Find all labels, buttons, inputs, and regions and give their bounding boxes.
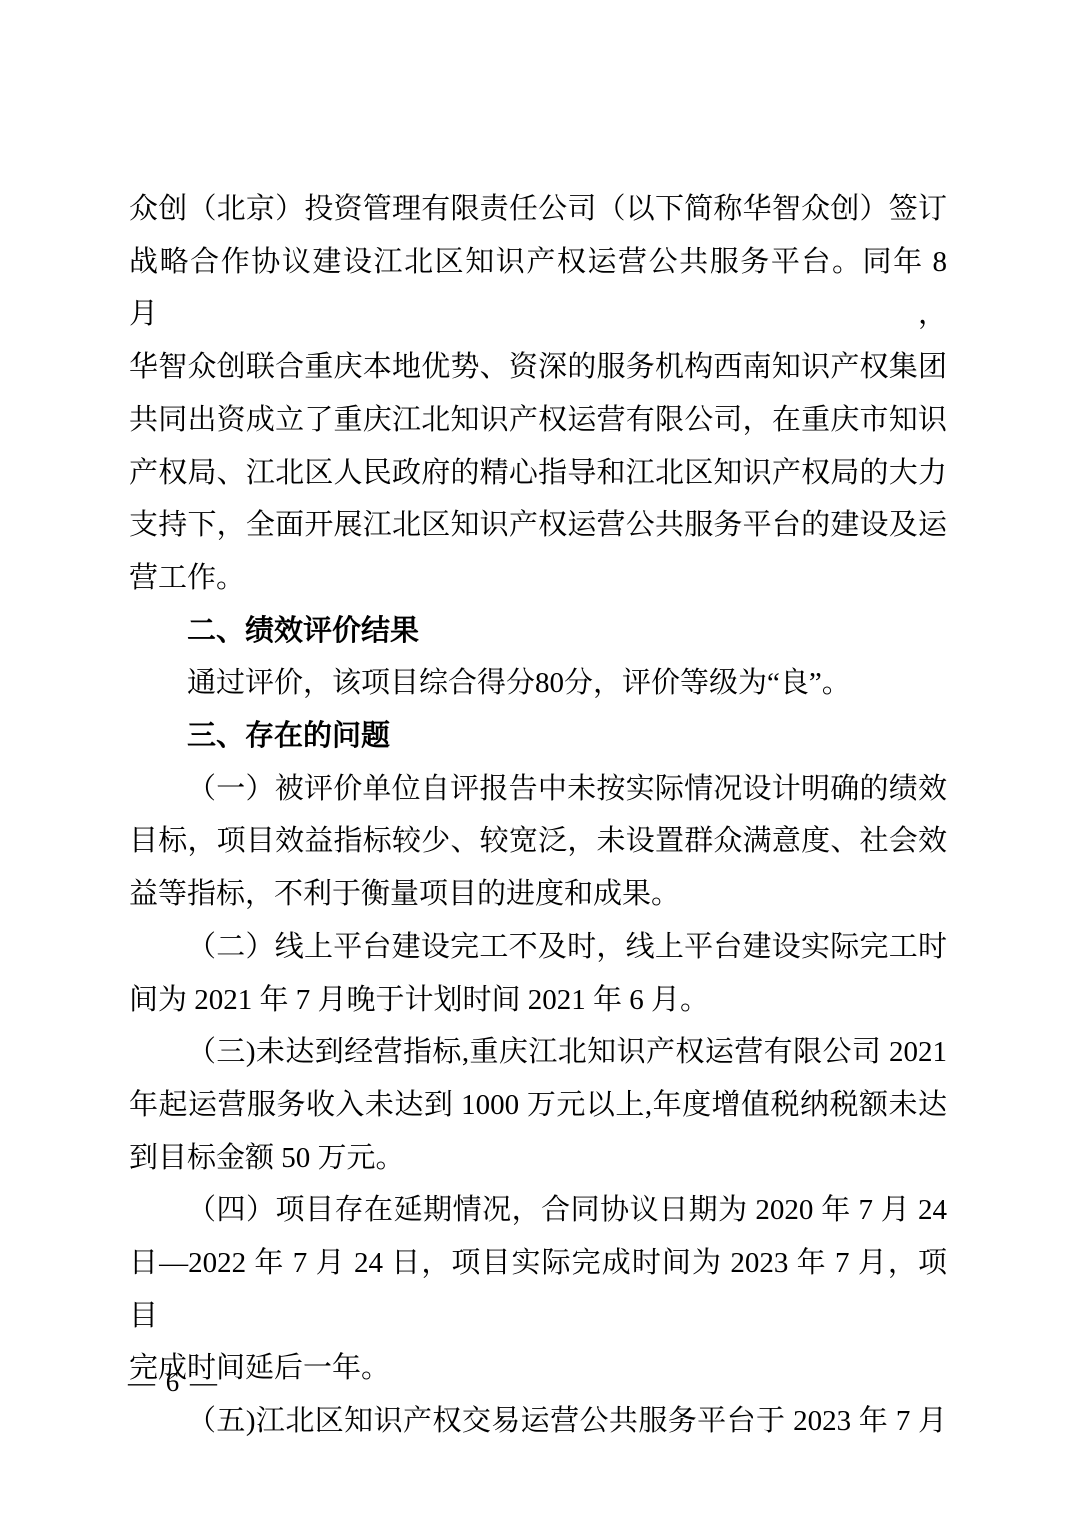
paragraph: （一）被评价单位自评报告中未按实际情况设计明确的绩效目标，项目效益指标较少、较宽…: [129, 763, 947, 921]
text-line: 年起运营服务收入未达到 1000 万元以上,年度增值税纳税额未达: [129, 1079, 947, 1132]
text-line: 战略合作协议建设江北区知识产权运营公共服务平台。同年 8 月，: [129, 236, 947, 341]
text-line: （二）线上平台建设完工不及时，线上平台建设实际完工时: [129, 921, 947, 974]
text-line: 益等指标，不利于衡量项目的进度和成果。: [129, 868, 947, 921]
text-line: 到目标金额 50 万元。: [129, 1132, 947, 1185]
text-line: 众创（北京）投资管理有限责任公司（以下简称华智众创）签订: [129, 183, 947, 236]
paragraph: 通过评价，该项目综合得分80分，评价等级为“良”。: [129, 657, 947, 710]
paragraph: （四）项目存在延期情况，合同协议日期为 2020 年 7 月 24日—2022 …: [129, 1184, 947, 1395]
text-line: 通过评价，该项目综合得分80分，评价等级为“良”。: [129, 657, 947, 710]
paragraph: （二）线上平台建设完工不及时，线上平台建设实际完工时间为 2021 年 7 月晚…: [129, 921, 947, 1026]
text-line: 日—2022 年 7 月 24 日，项目实际完成时间为 2023 年 7 月，项…: [129, 1237, 947, 1342]
text-line: （五)江北区知识产权交易运营公共服务平台于 2023 年 7 月: [129, 1395, 947, 1448]
section-heading: 二、绩效评价结果: [129, 605, 947, 658]
section-heading: 三、存在的问题: [129, 710, 947, 763]
document-page: 众创（北京）投资管理有限责任公司（以下简称华智众创）签订战略合作协议建设江北区知…: [0, 0, 1074, 1520]
text-line: （一）被评价单位自评报告中未按实际情况设计明确的绩效: [129, 763, 947, 816]
paragraph: 众创（北京）投资管理有限责任公司（以下简称华智众创）签订战略合作协议建设江北区知…: [129, 183, 947, 605]
text-line: （三)未达到经营指标,重庆江北知识产权运营有限公司 2021: [129, 1026, 947, 1079]
page-number: — 6 —: [128, 1362, 219, 1402]
text-line: 支持下，全面开展江北区知识产权运营公共服务平台的建设及运: [129, 499, 947, 552]
text-line: （四）项目存在延期情况，合同协议日期为 2020 年 7 月 24: [129, 1184, 947, 1237]
document-content: 众创（北京）投资管理有限责任公司（以下简称华智众创）签订战略合作协议建设江北区知…: [129, 183, 947, 1448]
paragraph: （三)未达到经营指标,重庆江北知识产权运营有限公司 2021年起运营服务收入未达…: [129, 1026, 947, 1184]
paragraph: （五)江北区知识产权交易运营公共服务平台于 2023 年 7 月: [129, 1395, 947, 1448]
text-line: 营工作。: [129, 552, 947, 605]
text-line: 间为 2021 年 7 月晚于计划时间 2021 年 6 月。: [129, 974, 947, 1027]
text-line: 产权局、江北区人民政府的精心指导和江北区知识产权局的大力: [129, 447, 947, 500]
text-line: 目标，项目效益指标较少、较宽泛，未设置群众满意度、社会效: [129, 815, 947, 868]
text-line: 华智众创联合重庆本地优势、资深的服务机构西南知识产权集团: [129, 341, 947, 394]
text-line: 完成时间延后一年。: [129, 1342, 947, 1395]
text-line: 共同出资成立了重庆江北知识产权运营有限公司，在重庆市知识: [129, 394, 947, 447]
